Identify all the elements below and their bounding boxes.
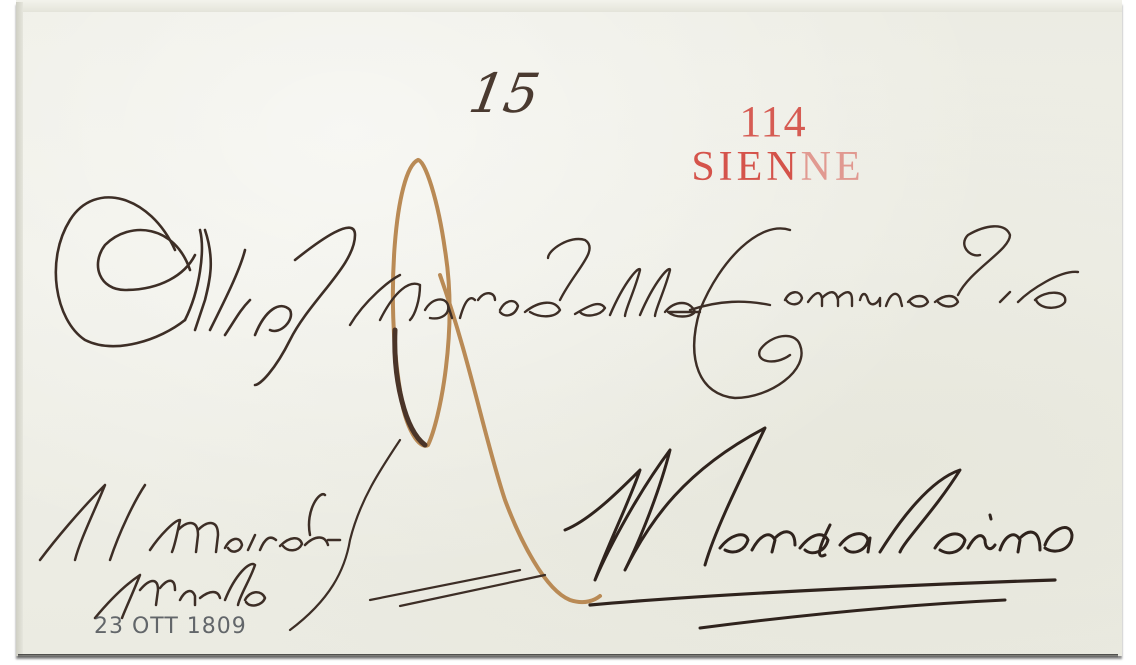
sepia-rate-stroke xyxy=(393,160,600,602)
rate-marking: 15 xyxy=(464,62,544,125)
postmark-town-faded: NE xyxy=(801,144,865,190)
letter-photo: 15 114 SIENNE Al Sig. Maire della Comune… xyxy=(0,0,1136,665)
address-comune-strokes xyxy=(690,226,1078,398)
flourish-strokes xyxy=(290,440,545,630)
postmark-town-main: SIEN xyxy=(691,144,800,190)
postmark-siena: 114 SIENNE xyxy=(668,100,888,188)
postmark-town: SIENNE xyxy=(668,146,888,188)
pencil-date-annotation: 23 OTT 1809 xyxy=(94,614,247,639)
postmark-department-number: 114 xyxy=(658,100,888,144)
